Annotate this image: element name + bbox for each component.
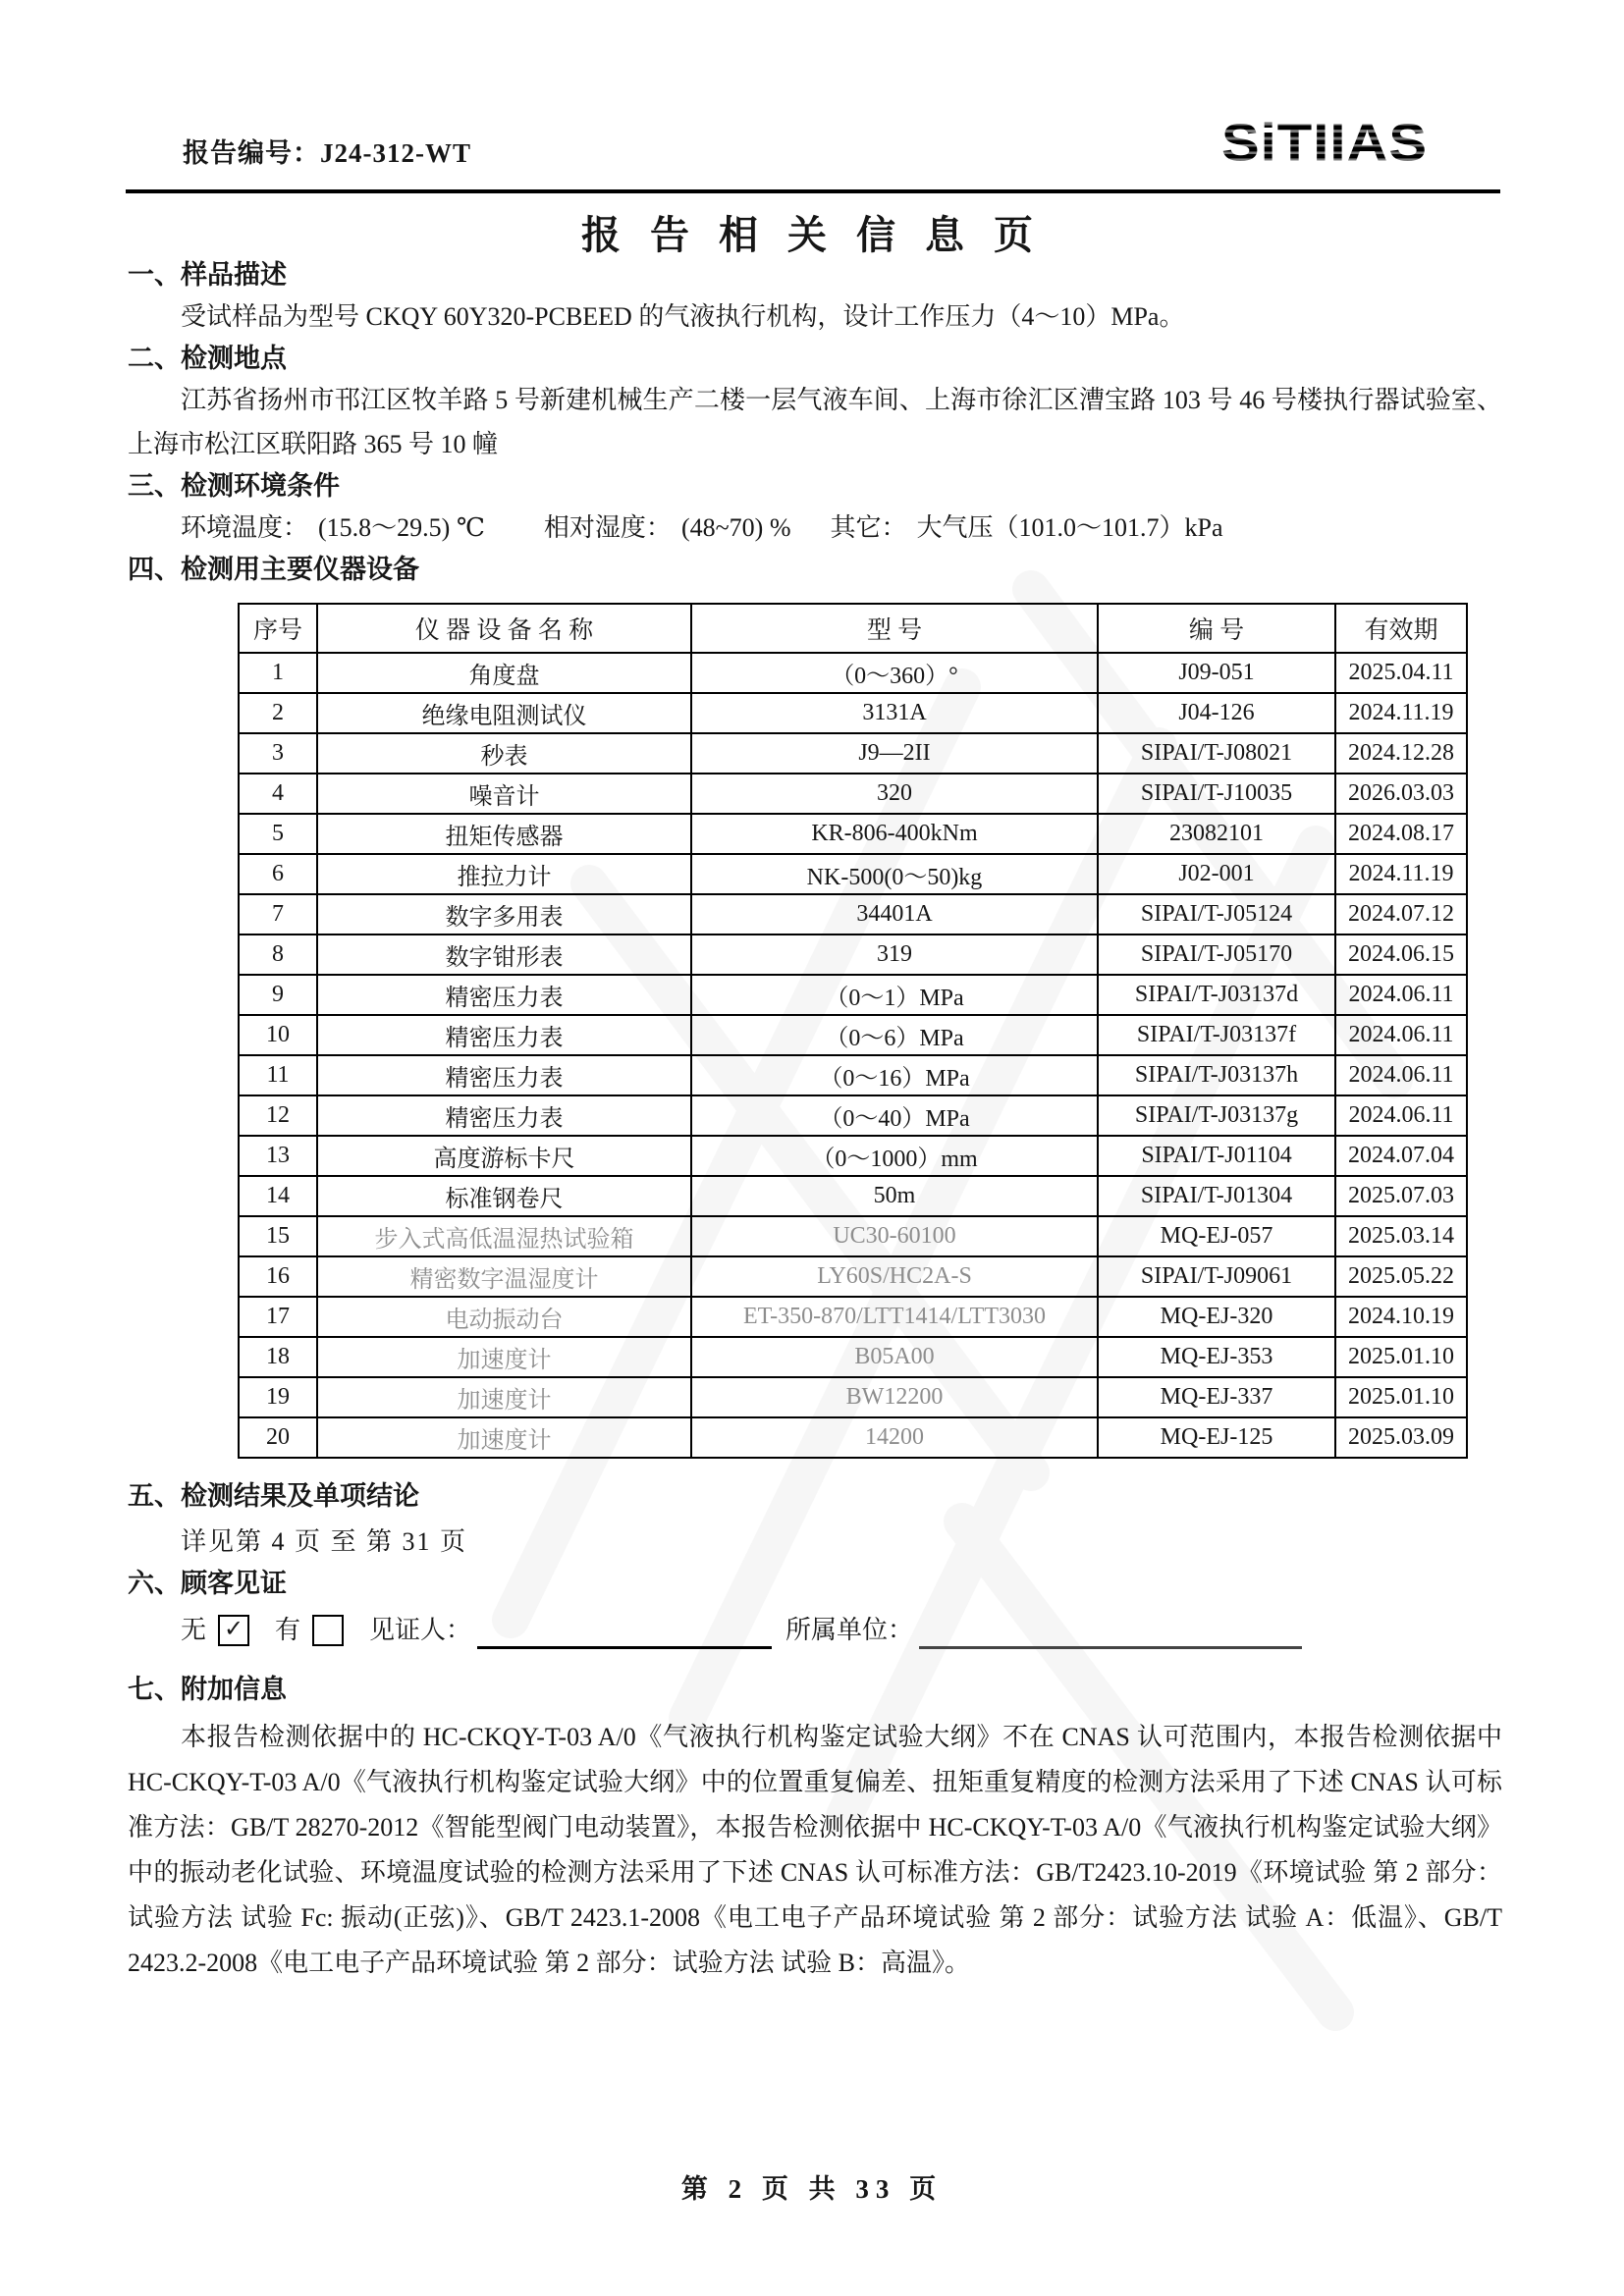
cell-model: 34401A xyxy=(691,894,1098,934)
cell-model: 319 xyxy=(691,934,1098,975)
table-row: 11 精密压力表 （0～16）MPa SIPAI/T-J03137h 2024.… xyxy=(239,1055,1467,1095)
cell-instrument-name: 精密压力表 xyxy=(317,975,691,1015)
cell-model: （0～16）MPa xyxy=(691,1055,1098,1095)
table-row: 1 角度盘 （0～360）° J09-051 2025.04.11 xyxy=(239,653,1467,693)
cell-instrument-name: 步入式高低温湿热试验箱 xyxy=(317,1216,691,1256)
cell-instrument-name: 秒表 xyxy=(317,733,691,774)
cell-serial-no: 15 xyxy=(239,1216,317,1256)
customer-witness-line: 无 ✓ 有 见证人： 所属单位： xyxy=(181,1605,1502,1656)
cell-model: 14200 xyxy=(691,1417,1098,1458)
cell-code: SIPAI/T-J03137g xyxy=(1098,1095,1335,1136)
witness-none-checkbox: ✓ xyxy=(218,1615,249,1646)
report-page: 报告编号：J24-312-WT SiTIIAS 报 告 相 关 信 息 页 一、… xyxy=(0,0,1624,2296)
table-row: 4 噪音计 320 SIPAI/T-J10035 2026.03.03 xyxy=(239,774,1467,814)
witness-org-label: 所属单位： xyxy=(785,1605,913,1656)
cell-valid-until: 2024.08.17 xyxy=(1335,814,1467,854)
cell-model: （0～40）MPa xyxy=(691,1095,1098,1136)
cell-serial-no: 8 xyxy=(239,934,317,975)
cell-instrument-name: 绝缘电阻测试仪 xyxy=(317,693,691,733)
table-row: 6 推拉力计 NK-500(0～50)kg J02-001 2024.11.19 xyxy=(239,854,1467,894)
cell-code: SIPAI/T-J09061 xyxy=(1098,1256,1335,1297)
additional-information: 本报告检测依据中的 HC-CKQY-T-03 A/0《气液执行机构鉴定试验大纲》… xyxy=(128,1715,1502,1986)
cell-instrument-name: 精密压力表 xyxy=(317,1055,691,1095)
cell-serial-no: 20 xyxy=(239,1417,317,1458)
cell-code: SIPAI/T-J08021 xyxy=(1098,733,1335,774)
cell-valid-until: 2024.06.11 xyxy=(1335,1015,1467,1055)
cell-serial-no: 6 xyxy=(239,854,317,894)
cell-code: MQ-EJ-125 xyxy=(1098,1417,1335,1458)
table-row: 8 数字钳形表 319 SIPAI/T-J05170 2024.06.15 xyxy=(239,934,1467,975)
cell-model: （0～6）MPa xyxy=(691,1015,1098,1055)
cell-model: BW12200 xyxy=(691,1377,1098,1417)
cell-valid-until: 2026.03.03 xyxy=(1335,774,1467,814)
cell-valid-until: 2025.04.11 xyxy=(1335,653,1467,693)
cell-serial-no: 9 xyxy=(239,975,317,1015)
cell-valid-until: 2024.10.19 xyxy=(1335,1297,1467,1337)
page-title: 报 告 相 关 信 息 页 xyxy=(0,204,1624,260)
table-row: 7 数字多用表 34401A SIPAI/T-J05124 2024.07.12 xyxy=(239,894,1467,934)
witness-have-label: 有 xyxy=(275,1605,300,1656)
cell-instrument-name: 高度游标卡尺 xyxy=(317,1136,691,1176)
cell-serial-no: 19 xyxy=(239,1377,317,1417)
cell-model: 320 xyxy=(691,774,1098,814)
cell-valid-until: 2024.06.11 xyxy=(1335,975,1467,1015)
cell-model: NK-500(0～50)kg xyxy=(691,854,1098,894)
table-row: 14 标准钢卷尺 50m SIPAI/T-J01304 2025.07.03 xyxy=(239,1176,1467,1216)
cell-model: （0～1000）mm xyxy=(691,1136,1098,1176)
section-2-heading: 二、检测地点 xyxy=(128,339,1502,378)
cell-instrument-name: 推拉力计 xyxy=(317,854,691,894)
cell-valid-until: 2024.07.04 xyxy=(1335,1136,1467,1176)
cell-serial-no: 11 xyxy=(239,1055,317,1095)
instruments-table-header: 序号 仪 器 设 备 名 称 型 号 编 号 有效期 xyxy=(239,604,1467,653)
column-header-code: 编 号 xyxy=(1098,604,1335,653)
cell-serial-no: 10 xyxy=(239,1015,317,1055)
cell-code: SIPAI/T-J01104 xyxy=(1098,1136,1335,1176)
witness-person-label: 见证人： xyxy=(369,1605,471,1656)
header-row: 序号 仪 器 设 备 名 称 型 号 编 号 有效期 xyxy=(239,604,1467,653)
cell-model: LY60S/HC2A-S xyxy=(691,1256,1098,1297)
cell-valid-until: 2024.07.12 xyxy=(1335,894,1467,934)
cell-code: SIPAI/T-J03137d xyxy=(1098,975,1335,1015)
cell-valid-until: 2025.07.03 xyxy=(1335,1176,1467,1216)
witness-org-blank xyxy=(919,1613,1302,1649)
other-label: 其它： xyxy=(830,506,906,550)
witness-none-label: 无 xyxy=(181,1605,206,1656)
table-row: 16 精密数字温湿度计 LY60S/HC2A-S SIPAI/T-J09061 … xyxy=(239,1256,1467,1297)
table-row: 18 加速度计 B05A00 MQ-EJ-353 2025.01.10 xyxy=(239,1337,1467,1377)
cell-code: MQ-EJ-320 xyxy=(1098,1297,1335,1337)
table-row: 10 精密压力表 （0～6）MPa SIPAI/T-J03137f 2024.0… xyxy=(239,1015,1467,1055)
cell-model: 3131A xyxy=(691,693,1098,733)
other-value: 大气压（101.0～101.7）kPa xyxy=(917,506,1223,550)
cell-code: MQ-EJ-057 xyxy=(1098,1216,1335,1256)
temperature-value: (15.8～29.5) ℃ xyxy=(318,506,485,550)
cell-serial-no: 7 xyxy=(239,894,317,934)
table-row: 2 绝缘电阻测试仪 3131A J04-126 2024.11.19 xyxy=(239,693,1467,733)
report-number: 报告编号：J24-312-WT xyxy=(183,132,471,170)
cell-serial-no: 4 xyxy=(239,774,317,814)
cell-instrument-name: 数字多用表 xyxy=(317,894,691,934)
cell-code: MQ-EJ-337 xyxy=(1098,1377,1335,1417)
cell-valid-until: 2024.11.19 xyxy=(1335,693,1467,733)
table-row: 5 扭矩传感器 KR-806-400kNm 23082101 2024.08.1… xyxy=(239,814,1467,854)
cell-valid-until: 2024.11.19 xyxy=(1335,854,1467,894)
cell-valid-until: 2025.03.09 xyxy=(1335,1417,1467,1458)
cell-serial-no: 18 xyxy=(239,1337,317,1377)
temperature-label: 环境温度： xyxy=(181,506,308,550)
cell-model: ET-350-870/LTT1414/LTT3030 xyxy=(691,1297,1098,1337)
cell-instrument-name: 精密压力表 xyxy=(317,1095,691,1136)
cell-model: KR-806-400kNm xyxy=(691,814,1098,854)
cell-serial-no: 17 xyxy=(239,1297,317,1337)
column-header-valid: 有效期 xyxy=(1335,604,1467,653)
cell-instrument-name: 角度盘 xyxy=(317,653,691,693)
cell-serial-no: 5 xyxy=(239,814,317,854)
cell-instrument-name: 扭矩传感器 xyxy=(317,814,691,854)
column-header-no: 序号 xyxy=(239,604,317,653)
section-7-heading: 七、附加信息 xyxy=(128,1670,1502,1709)
section-3-heading: 三、检测环境条件 xyxy=(128,466,1502,506)
table-row: 12 精密压力表 （0～40）MPa SIPAI/T-J03137g 2024.… xyxy=(239,1095,1467,1136)
cell-model: （0～1）MPa xyxy=(691,975,1098,1015)
test-locations: 江苏省扬州市邗江区牧羊路 5 号新建机械生产二楼一层气液车间、上海市徐汇区漕宝路… xyxy=(128,378,1502,466)
cell-serial-no: 3 xyxy=(239,733,317,774)
cell-instrument-name: 加速度计 xyxy=(317,1417,691,1458)
table-row: 13 高度游标卡尺 （0～1000）mm SIPAI/T-J01104 2024… xyxy=(239,1136,1467,1176)
cell-code: J04-126 xyxy=(1098,693,1335,733)
cell-serial-no: 16 xyxy=(239,1256,317,1297)
cell-code: SIPAI/T-J01304 xyxy=(1098,1176,1335,1216)
cell-code: J02-001 xyxy=(1098,854,1335,894)
section-5-heading: 五、检测结果及单项结论 xyxy=(128,1476,1502,1516)
cell-instrument-name: 加速度计 xyxy=(317,1377,691,1417)
table-row: 20 加速度计 14200 MQ-EJ-125 2025.03.09 xyxy=(239,1417,1467,1458)
sitiias-logo: SiTIIAS xyxy=(1221,113,1428,174)
header-divider xyxy=(126,189,1500,193)
cell-code: 23082101 xyxy=(1098,814,1335,854)
cell-instrument-name: 标准钢卷尺 xyxy=(317,1176,691,1216)
cell-code: SIPAI/T-J03137f xyxy=(1098,1015,1335,1055)
table-row: 3 秒表 J9—2II SIPAI/T-J08021 2024.12.28 xyxy=(239,733,1467,774)
cell-model: UC30-60100 xyxy=(691,1216,1098,1256)
cell-valid-until: 2024.06.11 xyxy=(1335,1055,1467,1095)
table-row: 9 精密压力表 （0～1）MPa SIPAI/T-J03137d 2024.06… xyxy=(239,975,1467,1015)
cell-model: 50m xyxy=(691,1176,1098,1216)
sample-description: 受试样品为型号 CKQY 60Y320-PCBEED 的气液执行机构，设计工作压… xyxy=(128,294,1502,339)
instruments-table: 序号 仪 器 设 备 名 称 型 号 编 号 有效期 1 角度盘 （0～360）… xyxy=(238,603,1468,1459)
page-number-footer: 第 2 页 共 33 页 xyxy=(0,2167,1624,2206)
cell-instrument-name: 噪音计 xyxy=(317,774,691,814)
section-1-heading: 一、样品描述 xyxy=(128,255,1502,294)
cell-model: B05A00 xyxy=(691,1337,1098,1377)
table-row: 15 步入式高低温湿热试验箱 UC30-60100 MQ-EJ-057 2025… xyxy=(239,1216,1467,1256)
cell-instrument-name: 精密压力表 xyxy=(317,1015,691,1055)
report-content: 一、样品描述 受试样品为型号 CKQY 60Y320-PCBEED 的气液执行机… xyxy=(128,255,1502,1986)
table-row: 19 加速度计 BW12200 MQ-EJ-337 2025.01.10 xyxy=(239,1377,1467,1417)
humidity-value: (48~70) % xyxy=(681,506,791,550)
cell-valid-until: 2025.01.10 xyxy=(1335,1337,1467,1377)
cell-model: J9—2II xyxy=(691,733,1098,774)
cell-valid-until: 2024.12.28 xyxy=(1335,733,1467,774)
cell-valid-until: 2025.05.22 xyxy=(1335,1256,1467,1297)
instruments-table-body: 1 角度盘 （0～360）° J09-051 2025.04.11 2 绝缘电阻… xyxy=(239,653,1467,1458)
cell-instrument-name: 电动振动台 xyxy=(317,1297,691,1337)
column-header-model: 型 号 xyxy=(691,604,1098,653)
results-reference: 详见第 4 页 至 第 31 页 xyxy=(181,1520,1502,1564)
witness-person-blank xyxy=(477,1613,772,1649)
cell-serial-no: 2 xyxy=(239,693,317,733)
cell-valid-until: 2024.06.15 xyxy=(1335,934,1467,975)
cell-instrument-name: 加速度计 xyxy=(317,1337,691,1377)
cell-code: MQ-EJ-353 xyxy=(1098,1337,1335,1377)
humidity-label: 相对湿度： xyxy=(544,506,672,550)
witness-have-checkbox xyxy=(312,1615,344,1646)
cell-serial-no: 14 xyxy=(239,1176,317,1216)
column-header-name: 仪 器 设 备 名 称 xyxy=(317,604,691,653)
cell-code: SIPAI/T-J05124 xyxy=(1098,894,1335,934)
cell-valid-until: 2024.06.11 xyxy=(1335,1095,1467,1136)
cell-valid-until: 2025.01.10 xyxy=(1335,1377,1467,1417)
section-4-heading: 四、检测用主要仪器设备 xyxy=(128,550,1502,589)
cell-serial-no: 1 xyxy=(239,653,317,693)
environment-conditions: 环境温度： (15.8～29.5) ℃ 相对湿度： (48~70) % 其它： … xyxy=(181,506,1502,550)
cell-model: （0～360）° xyxy=(691,653,1098,693)
cell-instrument-name: 精密数字温湿度计 xyxy=(317,1256,691,1297)
cell-code: SIPAI/T-J03137h xyxy=(1098,1055,1335,1095)
cell-instrument-name: 数字钳形表 xyxy=(317,934,691,975)
section-6-heading: 六、顾客见证 xyxy=(128,1564,1502,1603)
cell-serial-no: 12 xyxy=(239,1095,317,1136)
cell-code: J09-051 xyxy=(1098,653,1335,693)
cell-serial-no: 13 xyxy=(239,1136,317,1176)
table-row: 17 电动振动台 ET-350-870/LTT1414/LTT3030 MQ-E… xyxy=(239,1297,1467,1337)
cell-code: SIPAI/T-J05170 xyxy=(1098,934,1335,975)
cell-valid-until: 2025.03.14 xyxy=(1335,1216,1467,1256)
cell-code: SIPAI/T-J10035 xyxy=(1098,774,1335,814)
